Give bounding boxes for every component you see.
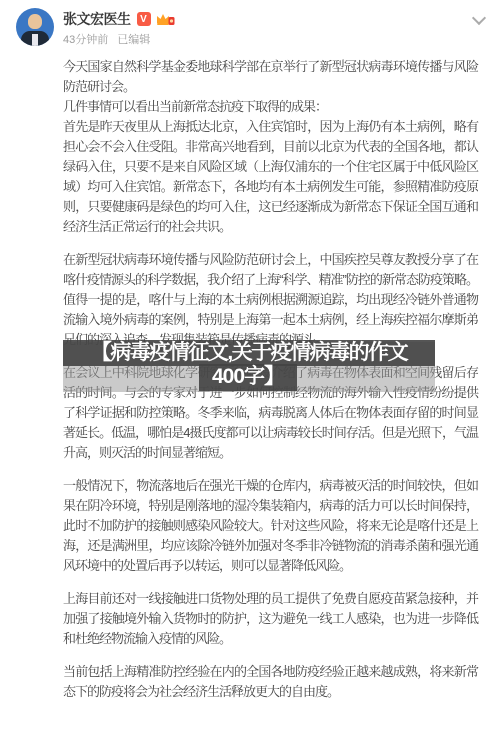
post-paragraph: 一般情况下，物流落地后在强光干燥的仓库内，病毒被灭活的时间较快，但如果在阴冷环境…: [63, 476, 478, 576]
post-paragraph: 今天国家自然科学基金委地球科学部在京举行了新型冠状病毒环境传播与风险防范研讨会。: [63, 57, 478, 97]
watermark-title-line2: 400字】: [199, 364, 297, 391]
post-paragraph: 上海目前还对一线接触进口货物处理的员工提供了免费自愿疫苗紧急接种，并加强了接触境…: [63, 589, 478, 649]
user-name[interactable]: 张文宏医生: [63, 9, 131, 29]
avatar-face: [28, 14, 42, 29]
post-meta: 43分钟前已编辑: [63, 31, 150, 47]
chevron-down-icon[interactable]: [474, 12, 485, 23]
post-paragraph: 在新型冠状病毒环境传播与风险防范研讨会上，中国疾控吴尊友教授分享了在喀什疫情源头…: [63, 250, 478, 350]
post-header: 张文宏医生 V 43分钟前已编辑: [0, 0, 500, 56]
timestamp: 43分钟前: [63, 34, 108, 46]
vip-crown-icon: [156, 12, 175, 26]
avatar[interactable]: [16, 8, 54, 46]
avatar-shirt: [32, 34, 38, 46]
watermark-title-line1: 【病毒疫情征文,关于疫情病毒的作文: [63, 340, 435, 366]
post-paragraph: 当前包括上海精准防控经验在内的全国各地防疫经验正越来越成熟，将来新常态下的防疫将…: [63, 662, 478, 702]
edited-label: 已编辑: [117, 34, 150, 46]
post-paragraph: 首先是昨天夜里从上海抵达北京，入住宾馆时，因为上海仍有本土病例，略有担心会不会入…: [63, 117, 478, 237]
verified-v-icon: V: [137, 12, 151, 26]
post-paragraph: 几件事情可以看出当前新常态抗疫下取得的成果：: [63, 97, 478, 117]
